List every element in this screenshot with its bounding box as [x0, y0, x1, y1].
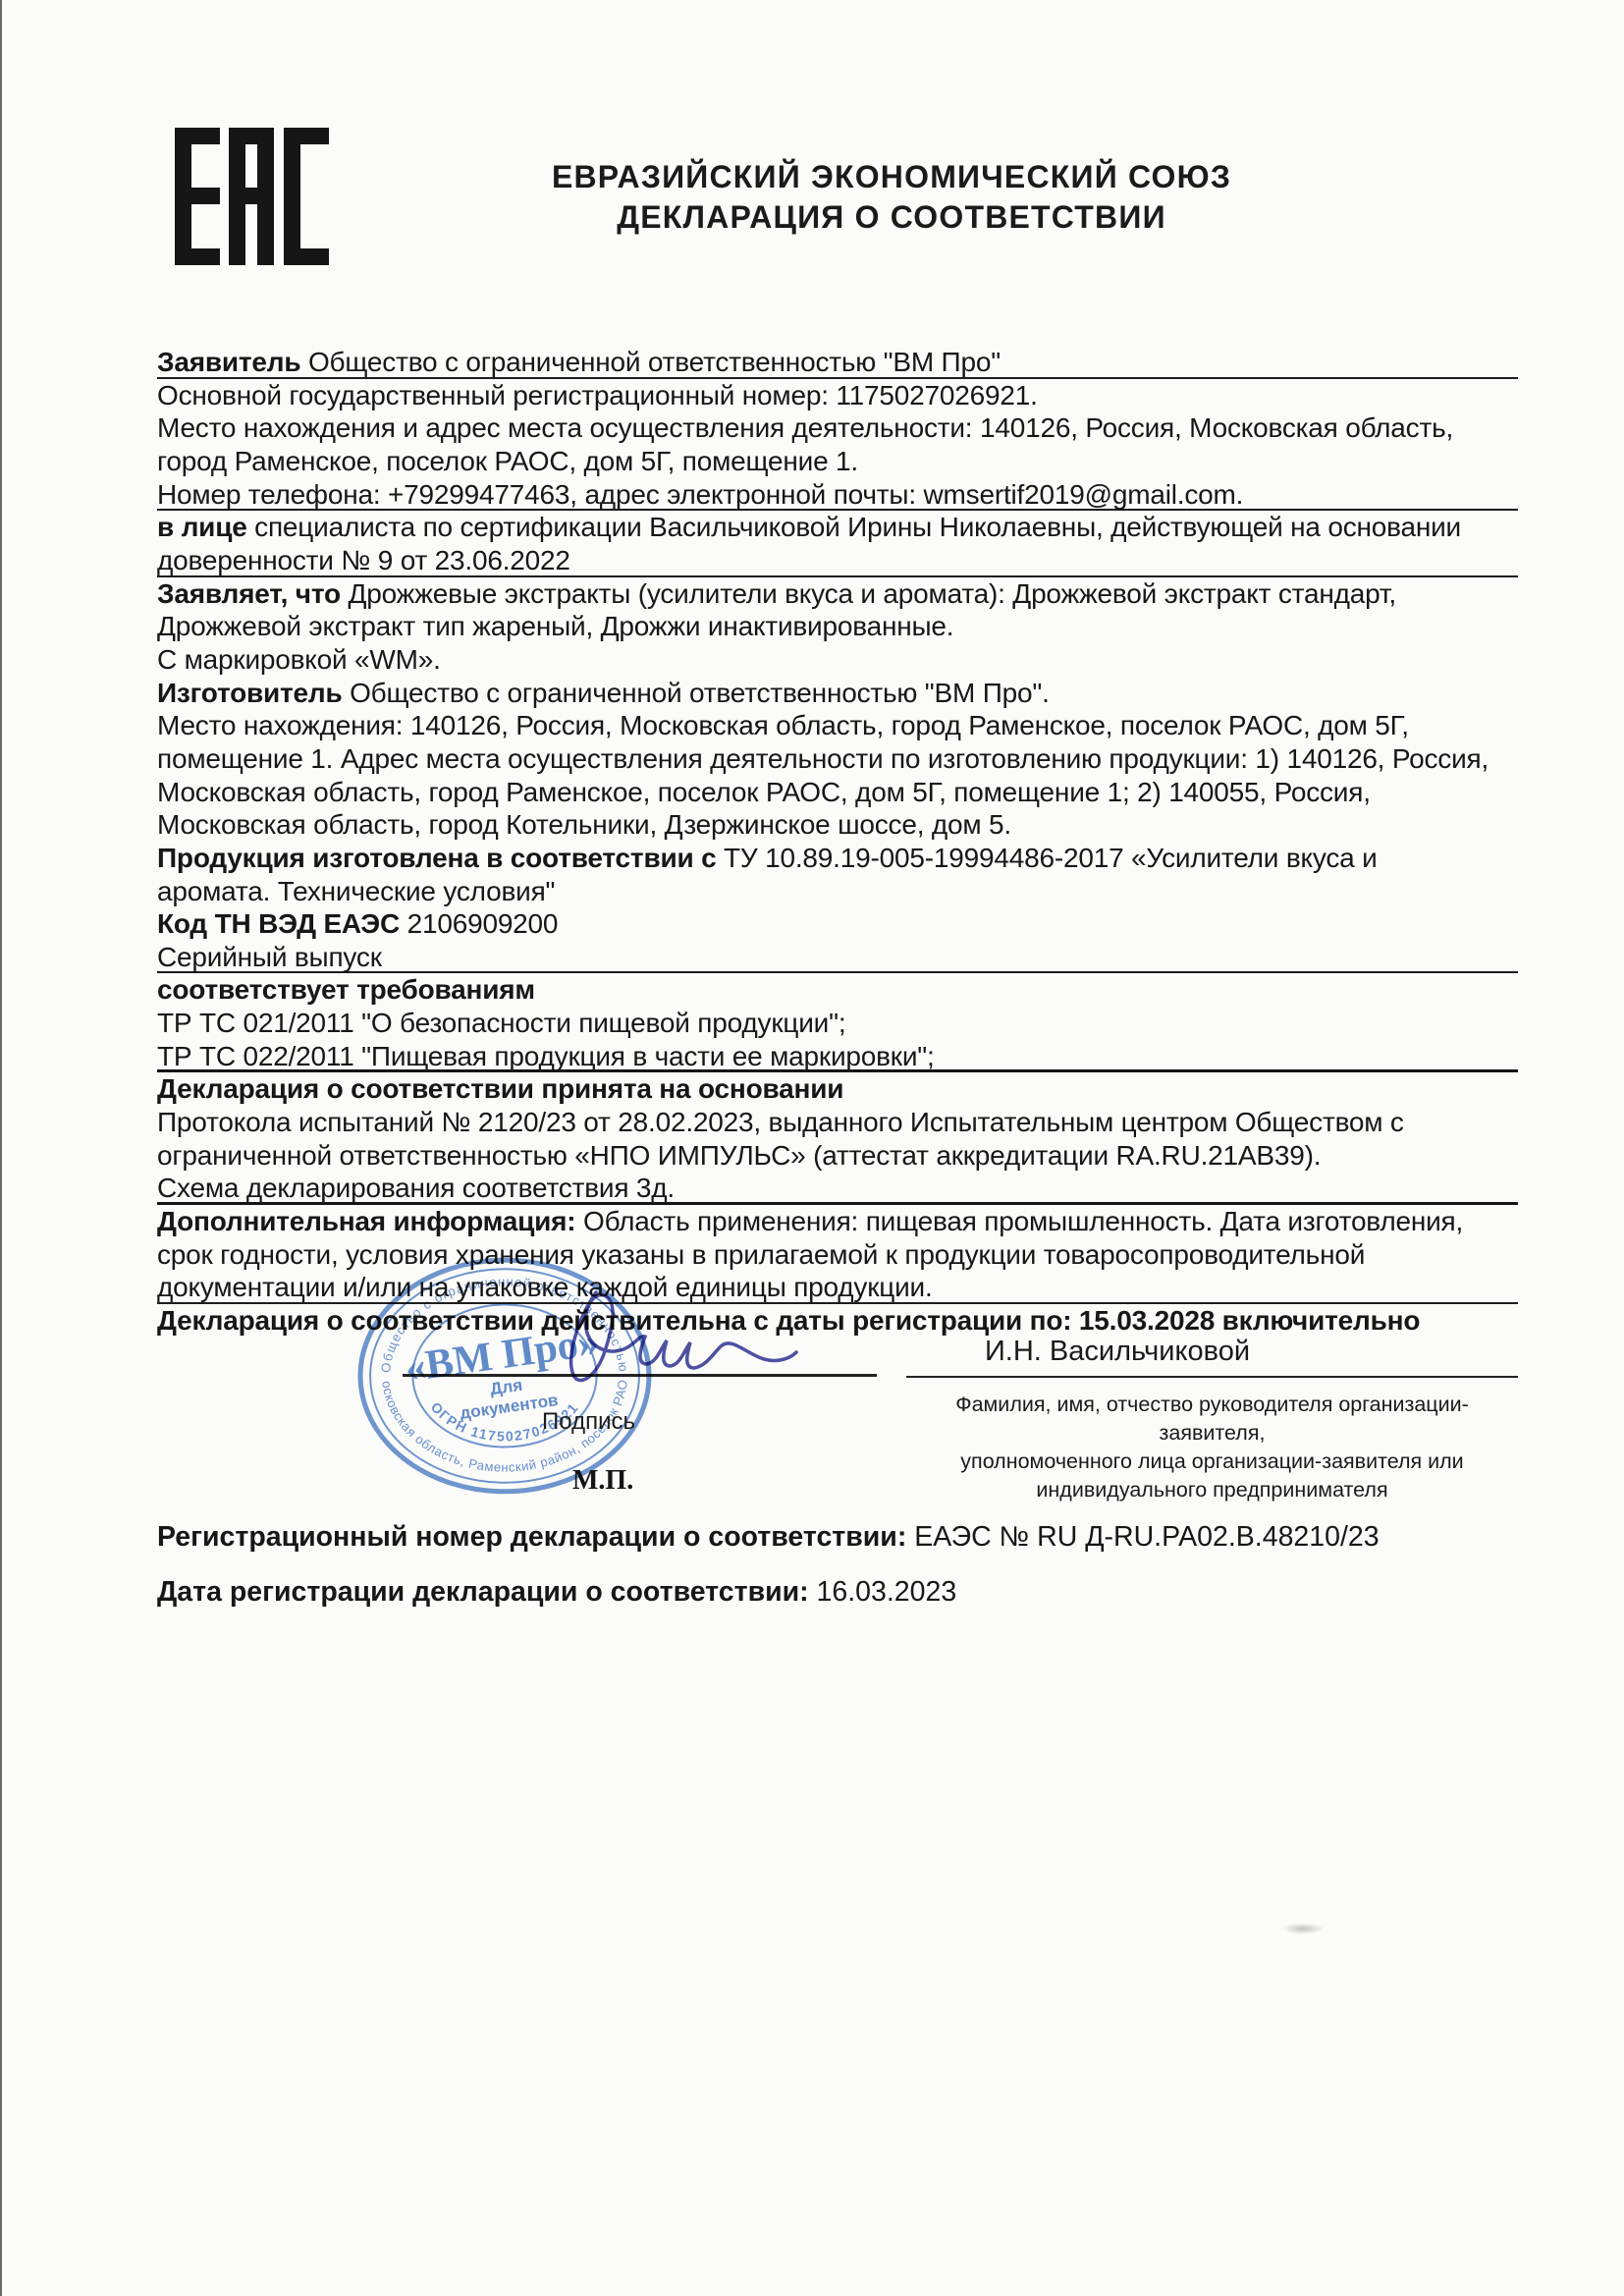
- doc-line: Протокола испытаний № 2120/23 от 28.02.2…: [157, 1106, 1518, 1139]
- registration-number-line: Регистрационный номер декларации о соотв…: [157, 1521, 1380, 1554]
- doc-line: ТР ТС 022/2011 "Пищевая продукция в част…: [157, 1040, 1518, 1073]
- fio-caption: Фамилия, имя, отчество руководителя орга…: [906, 1391, 1518, 1504]
- title-line-declaration: ДЕКЛАРАЦИЯ О СООТВЕТСТВИИ: [542, 197, 1241, 238]
- doc-line: город Раменское, поселок РАОС, дом 5Г, п…: [157, 445, 1518, 478]
- signature-scribble: [535, 1275, 800, 1404]
- declaration-page: ЕВРАЗИЙСКИЙ ЭКОНОМИЧЕСКИЙ СОЮЗ ДЕКЛАРАЦИ…: [0, 0, 1624, 2296]
- mp-label: М.П.: [572, 1465, 633, 1497]
- doc-line: Место нахождения: 140126, Россия, Москов…: [157, 709, 1518, 742]
- scan-smudge-artifact: [1281, 1923, 1325, 1935]
- fio-caption-line2: уполномоченного лица организации-заявите…: [906, 1448, 1518, 1476]
- doc-line: доверенности № 9 от 23.06.2022: [157, 544, 1518, 577]
- document-title: ЕВРАЗИЙСКИЙ ЭКОНОМИЧЕСКИЙ СОЮЗ ДЕКЛАРАЦИ…: [542, 157, 1241, 238]
- doc-line: Дрожжевой экстракт тип жареный, Дрожжи и…: [157, 610, 1518, 643]
- doc-line: Декларация о соответствии принята на осн…: [157, 1072, 1518, 1106]
- eac-logo-icon: [175, 128, 329, 265]
- doc-line: Основной государственный регистрационный…: [157, 379, 1518, 412]
- doc-line: ограниченной ответственностью «НПО ИМПУЛ…: [157, 1139, 1518, 1173]
- registration-date-line: Дата регистрации декларации о соответств…: [157, 1576, 956, 1609]
- doc-line: в лице специалиста по сертификации Васил…: [157, 511, 1518, 544]
- doc-line: помещение 1. Адрес места осуществления д…: [157, 742, 1518, 776]
- doc-line: Продукция изготовлена в соответствии с Т…: [157, 842, 1518, 875]
- doc-line: аромата. Технические условия": [157, 875, 1518, 908]
- fio-caption-line1: Фамилия, имя, отчество руководителя орга…: [906, 1391, 1518, 1448]
- scan-edge-artifact: [0, 0, 2, 2296]
- doc-line: Схема декларирования соответствия 3д.: [157, 1172, 1518, 1205]
- doc-line: Номер телефона: +79299477463, адрес элек…: [157, 478, 1518, 512]
- fio-line: [906, 1376, 1518, 1378]
- doc-line: Заявляет, что Дрожжевые экстракты (усили…: [157, 577, 1518, 611]
- doc-line: Московская область, город Раменское, пос…: [157, 776, 1518, 809]
- podpis-label: Подпись: [542, 1408, 635, 1436]
- signatory-name: И.Н. Васильчиковой: [906, 1336, 1328, 1368]
- doc-line: Серийный выпуск: [157, 941, 1518, 974]
- doc-line: С маркировкой «WM».: [157, 643, 1518, 677]
- doc-line: соответствует требованиям: [157, 973, 1518, 1007]
- title-line-union: ЕВРАЗИЙСКИЙ ЭКОНОМИЧЕСКИЙ СОЮЗ: [542, 157, 1241, 197]
- doc-line: Место нахождения и адрес места осуществл…: [157, 411, 1518, 445]
- declaration-body: Заявитель Общество с ограниченной ответс…: [157, 346, 1518, 1338]
- doc-line: ТР ТС 021/2011 "О безопасности пищевой п…: [157, 1007, 1518, 1040]
- doc-line: Московская область, город Котельники, Дз…: [157, 808, 1518, 842]
- doc-line: Код ТН ВЭД ЕАЭС 2106909200: [157, 907, 1518, 941]
- doc-line: Дополнительная информация: Область приме…: [157, 1205, 1518, 1238]
- doc-line: Изготовитель Общество с ограниченной отв…: [157, 677, 1518, 710]
- fio-caption-line3: индивидуального предпринимателя: [906, 1476, 1518, 1504]
- doc-line: Заявитель Общество с ограниченной ответс…: [157, 346, 1518, 379]
